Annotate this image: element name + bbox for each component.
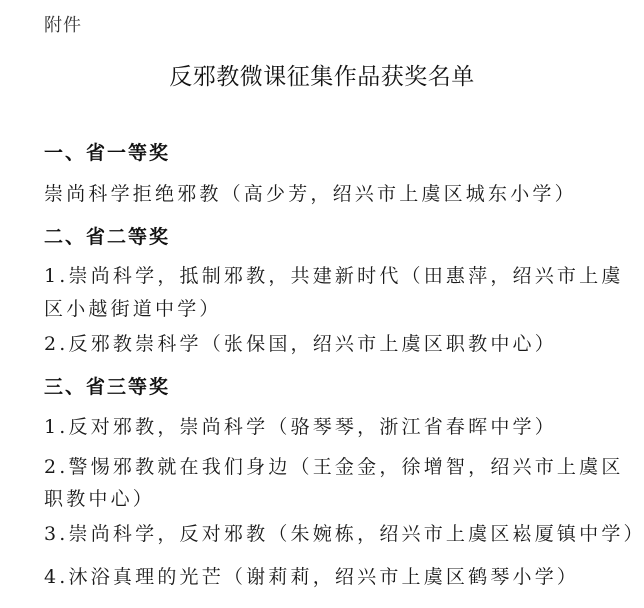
award-entry: 3.崇尚科学，反对邪教（朱婉栋，绍兴市上虞区崧厦镇中学） <box>44 522 644 546</box>
document-title: 反邪教微课征集作品获奖名单 <box>0 58 644 91</box>
section-heading-second-prize: 二、省二等奖 <box>44 225 170 249</box>
section-heading-third-prize: 三、省三等奖 <box>44 375 170 399</box>
award-entry: 崇尚科学拒绝邪教（高少芳，绍兴市上虞区城东小学） <box>44 182 577 206</box>
attachment-label: 附件 <box>44 14 82 38</box>
award-entry-continuation: 区小越街道中学） <box>44 297 222 321</box>
award-entry-continuation: 职教中心） <box>44 487 155 511</box>
award-entry: 2.警惕邪教就在我们身边（王金金，徐增智，绍兴市上虞区 <box>44 455 624 479</box>
section-heading-first-prize: 一、省一等奖 <box>44 141 170 165</box>
award-entry: 4.沐浴真理的光芒（谢莉莉，绍兴市上虞区鹤琴小学） <box>44 565 579 589</box>
award-entry: 2.反邪教崇科学（张保国，绍兴市上虞区职教中心） <box>44 332 557 356</box>
award-entry: 1.反对邪教，崇尚科学（骆琴琴，浙江省春晖中学） <box>44 415 557 439</box>
award-entry: 1.崇尚科学，抵制邪教，共建新时代（田惠萍，绍兴市上虞 <box>44 264 624 288</box>
